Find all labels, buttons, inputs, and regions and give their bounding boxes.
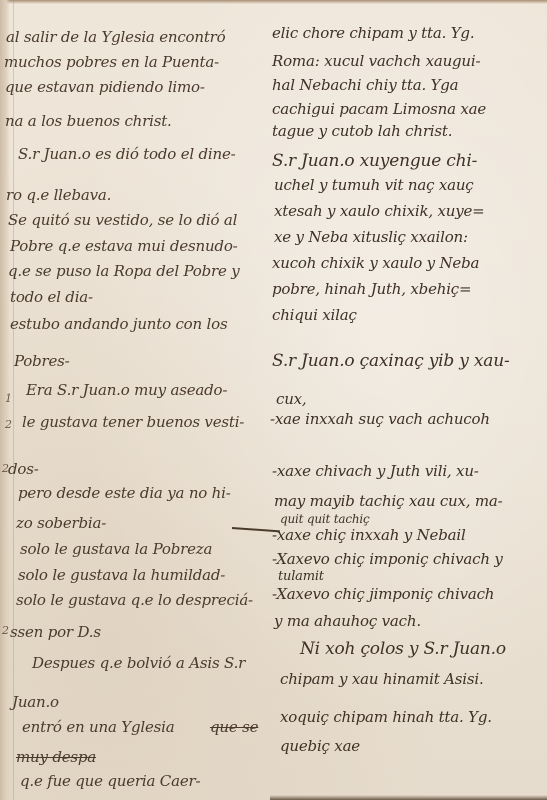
right-line: tague y cutob lah christ. (272, 122, 452, 140)
left-line: q.e se puso la Ropa del Pobre y (8, 262, 240, 280)
right-line: xtesah y xaulo chixik, xuye= (274, 202, 485, 220)
right-line: pobre, hinah Juth, xbehiç= (272, 280, 471, 298)
right-line: y ma ahauhoç vach. (274, 612, 421, 630)
right-line: -xae inxxah suç vach achucoh (270, 410, 490, 428)
right-line: cachigui pacam Limosna xae (272, 100, 486, 118)
right-line: -Xaxevo chiç jimponiç chivach (272, 585, 494, 603)
left-line: pero desde este dia ya no hi- (18, 484, 231, 502)
left-line: todo el dia- (10, 288, 93, 306)
right-line: chiqui xilaç (272, 306, 357, 324)
page-top-edge (0, 0, 547, 4)
left-line: S.r Juan.o es dió todo el dine- (18, 145, 236, 163)
left-line: solo le gustava la humildad- (18, 566, 225, 584)
margin-mark: 2 (2, 462, 9, 475)
left-line: Pobres- (14, 352, 70, 370)
left-line-struck: que se (210, 718, 258, 736)
right-line: Roma: xucul vachch xaugui- (272, 52, 480, 70)
left-line: zo soberbia- (16, 514, 106, 532)
left-line: al salir de la Yglesia encontró (6, 28, 225, 46)
left-line: ro q.e llebava. (6, 186, 111, 204)
left-line: estubo andando junto con los (10, 315, 227, 333)
left-line: na a los buenos christ. (5, 112, 172, 130)
right-line: hal Nebachi chiy tta. Yga (272, 76, 458, 94)
right-line: elic chore chipam y tta. Yg. (272, 24, 474, 42)
left-line: Juan.o (12, 693, 59, 711)
right-line: -xaxe chivach y Juth vili, xu- (272, 462, 479, 480)
right-line: xucoh chixik y xaulo y Neba (272, 254, 479, 272)
right-line: cux, (276, 390, 307, 408)
right-line: quebiç xae (280, 737, 360, 755)
right-line: xe y Neba xitusliç xxailon: (274, 228, 468, 246)
right-line: chipam y xau hinamit Asisi. (280, 670, 484, 688)
left-line: le gustava tener buenos vesti- (22, 413, 244, 431)
right-line: S.r Juan.o çaxinaç yib y xau- (272, 352, 510, 370)
margin-mark: 2 (5, 418, 12, 431)
left-line: solo le gustava q.e lo despreciá- (16, 591, 253, 609)
right-line: Ni xoh çolos y S.r Juan.o (300, 640, 506, 658)
right-line: -Xaxevo chiç imponiç chivach y (272, 550, 503, 568)
left-line: entró en una Yglesia (22, 718, 175, 736)
left-line: dos- (8, 460, 39, 478)
left-line: Pobre q.e estava mui desnudo- (10, 237, 238, 255)
left-line: q.e fue que queria Caer- (20, 772, 200, 790)
left-line: muchos pobres en la Puenta- (4, 53, 219, 71)
left-line: Despues q.e bolvió a Asis S.r (32, 654, 245, 672)
left-line: solo le gustava la Pobreza (20, 540, 212, 558)
margin-mark: 1 (5, 392, 12, 405)
right-line: may mayib tachiç xau cux, ma- (274, 492, 503, 510)
left-line-struck: muy despa (16, 748, 96, 766)
margin-mark: 2 (2, 624, 9, 637)
right-line: -xaxe chiç inxxah y Nebail (272, 526, 466, 544)
page-bottom-edge (270, 795, 547, 800)
left-line: que estavan pidiendo limo- (5, 78, 205, 96)
right-line: S.r Juan.o xuyengue chi- (272, 152, 477, 170)
left-line: Se quitó su vestido, se lo dió al (8, 211, 237, 229)
right-line: xoquiç chipam hinah tta. Yg. (280, 708, 492, 726)
right-line: uchel y tumuh vit naç xauç (274, 176, 474, 194)
left-line: ssen por D.s (10, 623, 101, 641)
right-line: tulamit (278, 568, 324, 586)
manuscript-page: al salir de la Yglesia encontró muchos p… (0, 0, 547, 800)
left-line: Era S.r Juan.o muy aseado- (26, 381, 227, 399)
